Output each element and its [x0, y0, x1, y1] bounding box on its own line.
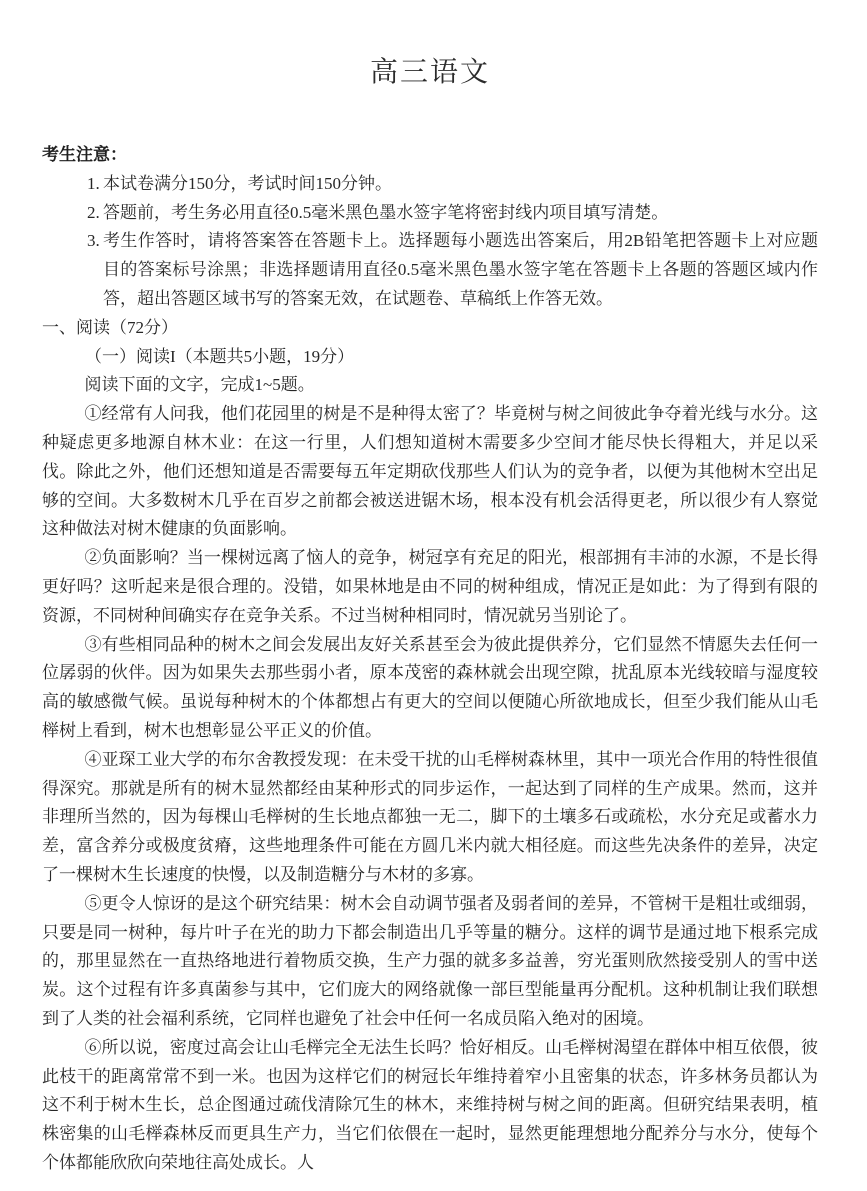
notice-item: 2. 答题前，考生务必用直径0.5毫米黑色墨水签字笔将密封线内项目填写清楚。 [42, 199, 818, 228]
passage-paragraph-6: ⑥所以说，密度过高会让山毛榉完全无法生长吗？恰好相反。山毛榉树渴望在群体中相互依… [42, 1034, 818, 1178]
notice-item: 3. 考生作答时，请将答案答在答题卡上。选择题每小题选出答案后，用2B铅笔把答题… [42, 227, 818, 313]
page-title: 高三语文 [42, 53, 818, 93]
notice-list: 1. 本试卷满分150分，考试时间150分钟。 2. 答题前，考生务必用直径0.… [42, 170, 818, 314]
notice-item-text: 本试卷满分150分，考试时间150分钟。 [103, 174, 392, 193]
notice-item-number: 1. [87, 170, 100, 199]
notice-item-number: 2. [87, 199, 100, 228]
notice-heading: 考生注意： [42, 141, 818, 170]
candidate-notice: 考生注意： 1. 本试卷满分150分，考试时间150分钟。 2. 答题前，考生务… [42, 141, 818, 314]
passage-paragraph-3: ③有些相同品种的树木之间会发展出友好关系甚至会为彼此提供养分，它们显然不情愿失去… [42, 631, 818, 746]
notice-item-text: 答题前，考生务必用直径0.5毫米黑色墨水签字笔将密封线内项目填写清楚。 [103, 203, 668, 222]
passage-paragraph-2: ②负面影响？当一棵树远离了恼人的竞争，树冠享有充足的阳光，根部拥有丰沛的水源，不… [42, 544, 818, 630]
notice-item-number: 3. [87, 227, 100, 256]
passage-paragraph-1: ①经常有人问我，他们花园里的树是不是种得太密了？毕竟树与树之间彼此争夺着光线与水… [42, 400, 818, 544]
reading-instruction: 阅读下面的文字，完成1~5题。 [42, 371, 818, 400]
notice-item-text: 考生作答时，请将答案答在答题卡上。选择题每小题选出答案后，用2B铅笔把答题卡上对… [103, 231, 818, 308]
section-heading-reading: 一、阅读（72分） [42, 314, 818, 343]
reading-passage: ①经常有人问我，他们花园里的树是不是种得太密了？毕竟树与树之间彼此争夺着光线与水… [42, 400, 818, 1178]
passage-paragraph-4: ④亚琛工业大学的布尔舍教授发现：在未受干扰的山毛榉树森林里，其中一项光合作用的特… [42, 746, 818, 890]
passage-paragraph-5: ⑤更令人惊讶的是这个研究结果：树木会自动调节强者及弱者间的差异，不管树干是粗壮或… [42, 890, 818, 1034]
exam-page: 高三语文 考生注意： 1. 本试卷满分150分，考试时间150分钟。 2. 答题… [0, 0, 867, 1191]
notice-item: 1. 本试卷满分150分，考试时间150分钟。 [42, 170, 818, 199]
subsection-heading-reading-1: （一）阅读I（本题共5小题，19分） [42, 343, 818, 372]
